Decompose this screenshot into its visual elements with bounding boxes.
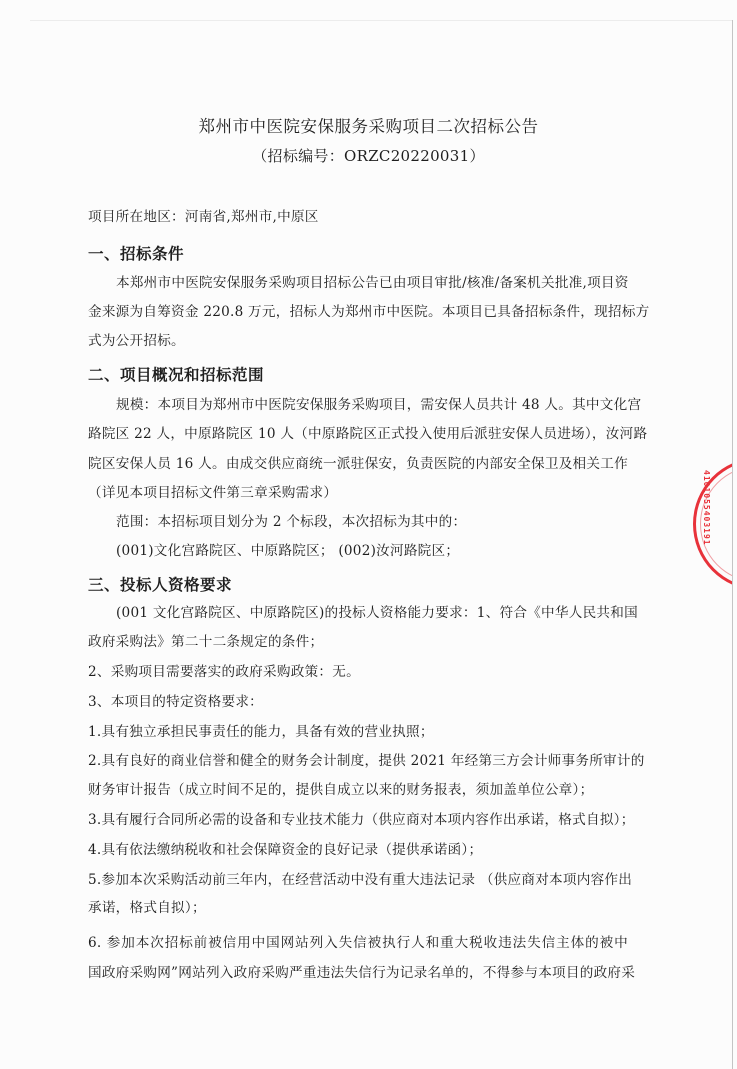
official-seal-clip: 4101055403191 — [0, 0, 732, 1069]
document-page: 郑州市中医院安保服务采购项目二次招标公告 （招标编号：ORZC20220031）… — [0, 0, 737, 1069]
scan-right-edge — [732, 20, 733, 1069]
official-seal-number: 4101055403191 — [702, 470, 711, 546]
